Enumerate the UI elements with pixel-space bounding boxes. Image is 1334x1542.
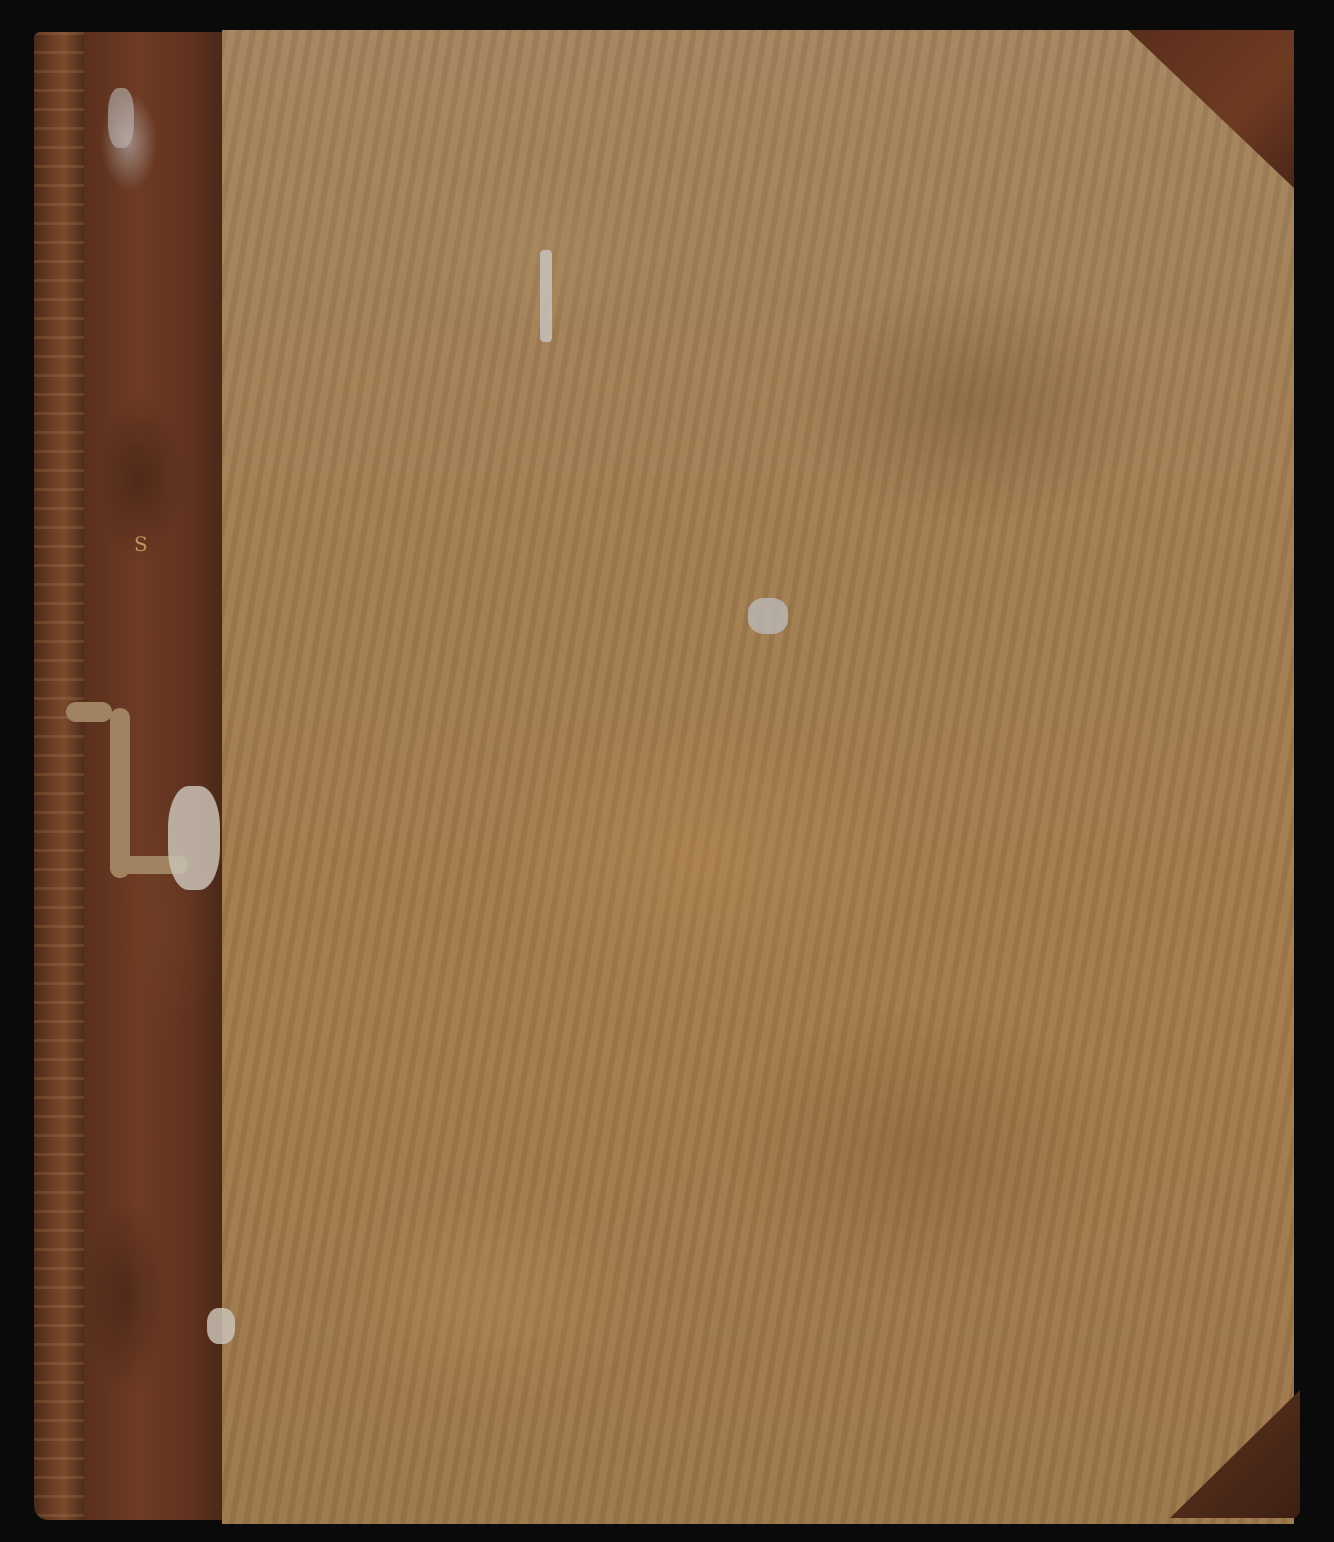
worn-patch bbox=[108, 88, 134, 148]
worn-patch bbox=[207, 1308, 235, 1344]
insect-damage-trail bbox=[66, 702, 112, 722]
worn-patch bbox=[168, 786, 220, 890]
worn-patch bbox=[748, 598, 788, 634]
worn-patch bbox=[540, 250, 552, 342]
spine-edge bbox=[34, 32, 84, 1520]
paper-covered-board bbox=[222, 30, 1294, 1524]
spine-leather-strip: S bbox=[84, 32, 222, 1520]
spine-lettering: S bbox=[134, 532, 148, 556]
insect-damage-trail bbox=[110, 708, 130, 878]
